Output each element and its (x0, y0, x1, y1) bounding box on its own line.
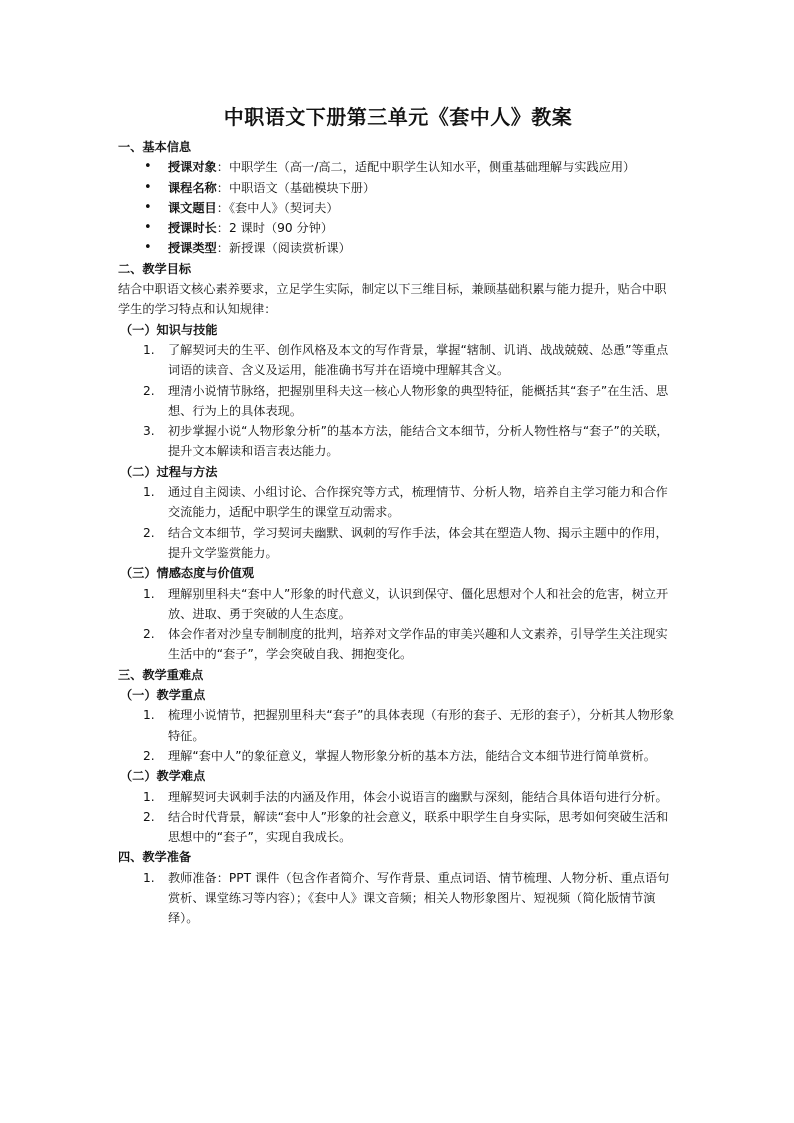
section-heading-keypoints: 三、教学重难点 (118, 665, 678, 685)
item-text: 梳理小说情节，把握别里科夫“套子”的具体表现（有形的套子、无形的套子），分析其人… (168, 708, 674, 742)
item-text: 理清小说情节脉络，把握别里科夫这一核心人物形象的典型特征，能概括其“套子”在生活… (168, 384, 668, 418)
numbered-list: 1.了解契诃夫的生平、创作风格及本文的写作背景，掌握“辖制、讥诮、战战兢兢、怂恿… (118, 340, 678, 462)
list-item: 1.通过自主阅读、小组讨论、合作探究等方式，梳理情节、分析人物，培养自主学习能力… (168, 482, 678, 523)
item-value: 2 课时（90 分钟） (229, 221, 333, 235)
item-label: 授课类型 (168, 241, 217, 255)
subsection-heading: （三）情感态度与价值观 (120, 563, 678, 583)
item-separator: ： (217, 160, 229, 174)
list-item: 1.理解别里科夫“套中人”形象的时代意义，认识到保守、僵化思想对个人和社会的危害… (168, 584, 678, 625)
item-text: 结合文本细节，学习契诃夫幽默、讽刺的写作手法，体会其在塑造人物、揭示主题中的作用… (168, 526, 668, 560)
item-label: 课文题目 (168, 201, 217, 215)
item-text: 初步掌握小说“人物形象分析”的基本方法，能结合文本细节，分析人物性格与“套子”的… (168, 424, 669, 458)
item-number: 2. (143, 523, 155, 543)
numbered-list: 1.理解别里科夫“套中人”形象的时代意义，认识到保守、僵化思想对个人和社会的危害… (118, 584, 678, 665)
list-item: 2.理解“套中人”的象征意义，掌握人物形象分析的基本方法，能结合文本细节进行简单… (168, 746, 678, 766)
item-label: 授课对象 (168, 160, 217, 174)
subsection-heading: （二）教学难点 (120, 766, 678, 786)
item-text: 教师准备：PPT 课件（包含作者简介、写作背景、重点词语、情节梳理、人物分析、重… (168, 871, 669, 926)
item-number: 1. (143, 584, 155, 604)
item-text: 结合时代背景，解读“套中人”形象的社会意义，联系中职学生自身实际，思考如何突破生… (168, 810, 668, 844)
item-number: 1. (143, 482, 155, 502)
list-item: 2.结合时代背景，解读“套中人”形象的社会意义，联系中职学生自身实际，思考如何突… (168, 807, 678, 848)
list-item: 1.教师准备：PPT 课件（包含作者简介、写作背景、重点词语、情节梳理、人物分析… (168, 868, 678, 929)
item-label: 课程名称 (168, 181, 217, 195)
list-item: 1.梳理小说情节，把握别里科夫“套子”的具体表现（有形的套子、无形的套子），分析… (168, 705, 678, 746)
list-item: 授课类型：新授课（阅读赏析课） (168, 238, 678, 258)
item-value: 《套中人》（契诃夫） (229, 201, 339, 215)
section-heading-prep: 四、教学准备 (118, 847, 678, 867)
list-item: 1.了解契诃夫的生平、创作风格及本文的写作背景，掌握“辖制、讥诮、战战兢兢、怂恿… (168, 340, 678, 381)
item-number: 1. (143, 340, 155, 360)
numbered-list: 1.教师准备：PPT 课件（包含作者简介、写作背景、重点词语、情节梳理、人物分析… (118, 868, 678, 929)
item-value: 中职语文（基础模块下册） (229, 181, 375, 195)
item-separator: ： (217, 241, 229, 255)
item-text: 通过自主阅读、小组讨论、合作探究等方式，梳理情节、分析人物，培养自主学习能力和合… (168, 485, 668, 519)
item-number: 2. (143, 381, 155, 401)
item-separator: ： (217, 221, 229, 235)
document-body: 一、基本信息 授课对象：中职学生（高一/高二，适配中职学生认知水平，侧重基础理解… (118, 137, 678, 929)
item-text: 理解契诃夫讽刺手法的内涵及作用，体会小说语言的幽默与深刻，能结合具体语句进行分析… (168, 790, 668, 804)
item-number: 2. (143, 746, 155, 766)
list-item: 课文题目：《套中人》（契诃夫） (168, 198, 678, 218)
item-number: 3. (143, 421, 155, 441)
item-text: 理解“套中人”的象征意义，掌握人物形象分析的基本方法，能结合文本细节进行简单赏析… (168, 749, 656, 763)
list-item: 3.初步掌握小说“人物形象分析”的基本方法，能结合文本细节，分析人物性格与“套子… (168, 421, 678, 462)
section-heading-basic-info: 一、基本信息 (118, 137, 678, 157)
section-heading-goals: 二、教学目标 (118, 259, 678, 279)
list-item: 授课对象：中职学生（高一/高二，适配中职学生认知水平，侧重基础理解与实践应用） (168, 157, 678, 177)
item-number: 1. (143, 705, 155, 725)
item-label: 授课时长 (168, 221, 217, 235)
subsection-heading: （一）教学重点 (120, 685, 678, 705)
list-item: 2.结合文本细节，学习契诃夫幽默、讽刺的写作手法，体会其在塑造人物、揭示主题中的… (168, 523, 678, 564)
item-separator: ： (217, 181, 229, 195)
goals-intro: 结合中职语文核心素养要求，立足学生实际，制定以下三维目标，兼顾基础积累与能力提升… (118, 279, 678, 320)
subsection-heading: （一）知识与技能 (120, 320, 678, 340)
item-text: 体会作者对沙皇专制制度的批判，培养对文学作品的审美兴趣和人文素养，引导学生关注现… (168, 627, 668, 661)
item-text: 了解契诃夫的生平、创作风格及本文的写作背景，掌握“辖制、讥诮、战战兢兢、怂恿”等… (168, 343, 668, 377)
subsection-heading: （二）过程与方法 (120, 462, 678, 482)
item-number: 2. (143, 624, 155, 644)
document-title: 中职语文下册第三单元《套中人》教案 (118, 101, 678, 130)
numbered-list: 1.理解契诃夫讽刺手法的内涵及作用，体会小说语言的幽默与深刻，能结合具体语句进行… (118, 787, 678, 848)
item-separator: ： (217, 201, 229, 215)
item-text: 理解别里科夫“套中人”形象的时代意义，认识到保守、僵化思想对个人和社会的危害，树… (168, 587, 668, 621)
list-item: 授课时长：2 课时（90 分钟） (168, 218, 678, 238)
item-number: 1. (143, 787, 155, 807)
basic-info-list: 授课对象：中职学生（高一/高二，适配中职学生认知水平，侧重基础理解与实践应用） … (118, 157, 678, 258)
item-number: 1. (143, 868, 155, 888)
item-value: 新授课（阅读赏析课） (229, 241, 351, 255)
numbered-list: 1.通过自主阅读、小组讨论、合作探究等方式，梳理情节、分析人物，培养自主学习能力… (118, 482, 678, 563)
list-item: 2.理清小说情节脉络，把握别里科夫这一核心人物形象的典型特征，能概括其“套子”在… (168, 381, 678, 422)
list-item: 课程名称：中职语文（基础模块下册） (168, 178, 678, 198)
list-item: 1.理解契诃夫讽刺手法的内涵及作用，体会小说语言的幽默与深刻，能结合具体语句进行… (168, 787, 678, 807)
list-item: 2.体会作者对沙皇专制制度的批判，培养对文学作品的审美兴趣和人文素养，引导学生关… (168, 624, 678, 665)
item-value: 中职学生（高一/高二，适配中职学生认知水平，侧重基础理解与实践应用） (229, 160, 635, 174)
item-number: 2. (143, 807, 155, 827)
numbered-list: 1.梳理小说情节，把握别里科夫“套子”的具体表现（有形的套子、无形的套子），分析… (118, 705, 678, 766)
